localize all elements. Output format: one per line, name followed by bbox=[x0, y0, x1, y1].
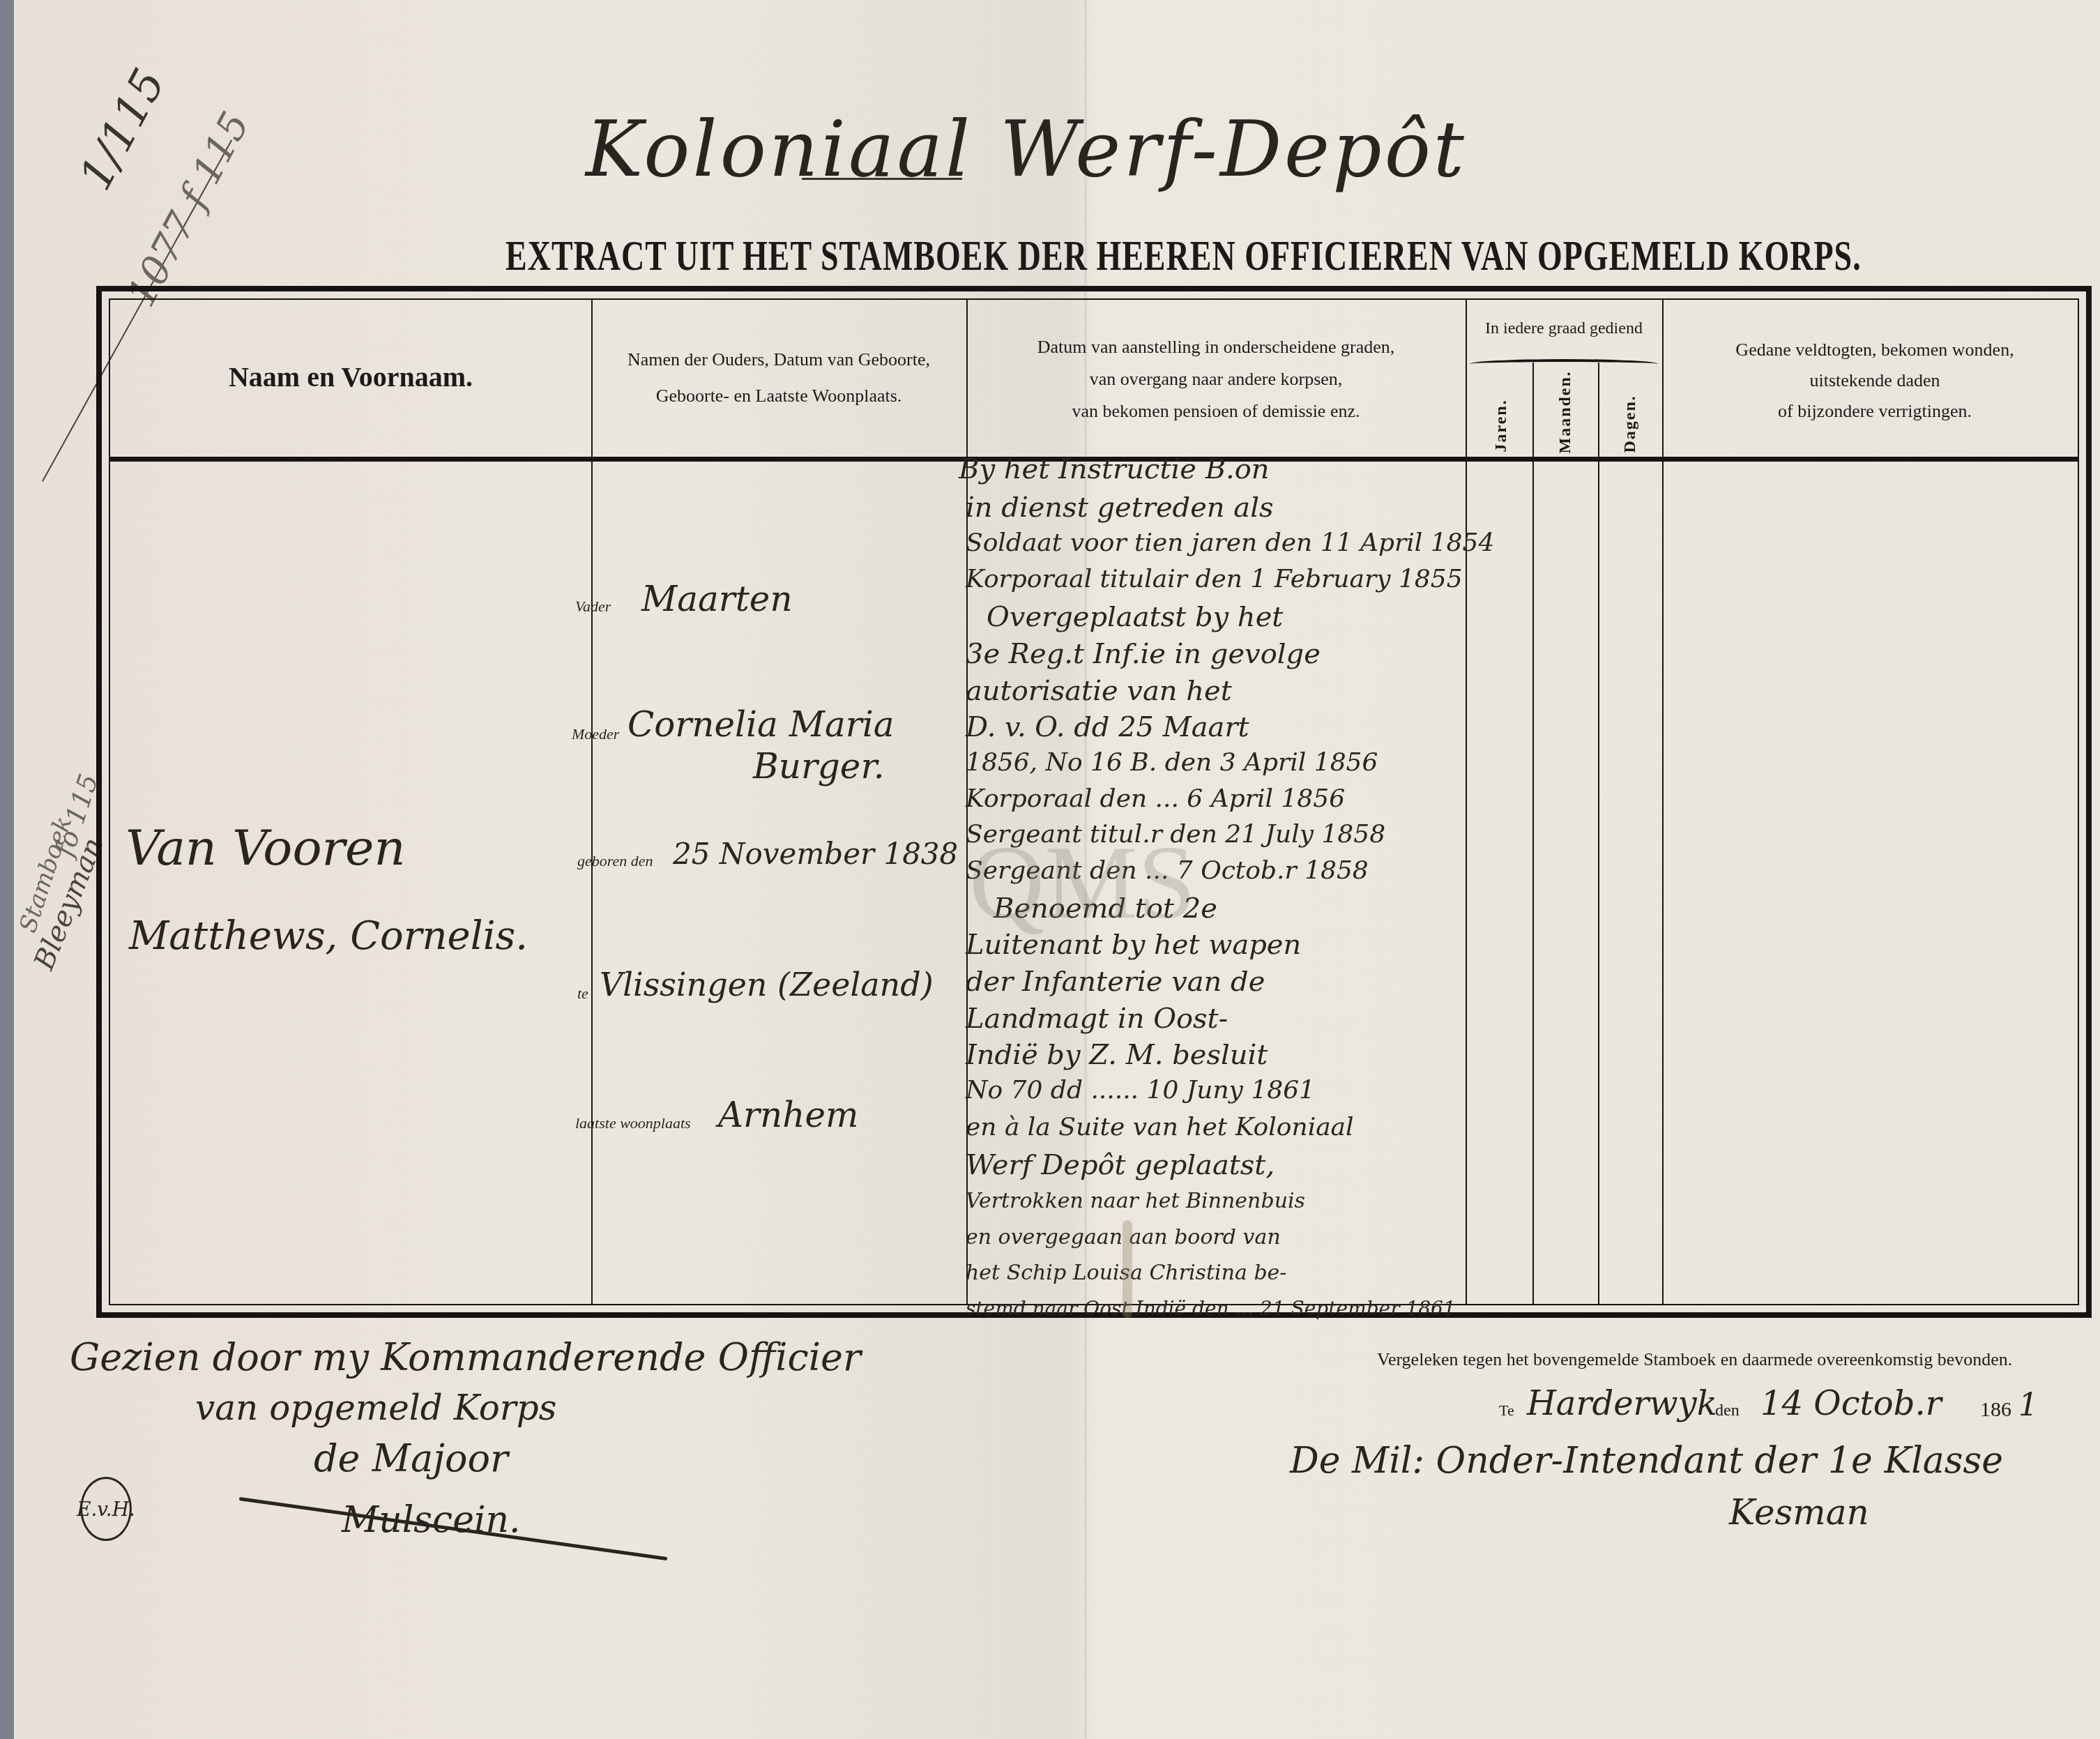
header-veldtogten-line3: of bijzondere verrigtingen. bbox=[1662, 396, 2087, 427]
label-te: te bbox=[577, 985, 588, 1003]
header-jaren: Jaren. bbox=[1492, 390, 1511, 453]
footer-left-line2: van opgemeld Korps bbox=[195, 1388, 556, 1428]
document-title: EXTRACT UIT HET STAMBOEK DER HEEREN OFFI… bbox=[505, 230, 1862, 280]
header-dagen: Dagen. bbox=[1621, 389, 1640, 453]
footer-year-prefix: 186 bbox=[1980, 1398, 2011, 1422]
header-veldtogten-line1: Gedane veldtogten, bekomen wonden, bbox=[1662, 335, 2087, 365]
corner-annotation-top: 1/115 bbox=[70, 61, 176, 199]
career-line: 3e Reg.t Inf.ie in gevolge bbox=[966, 638, 1321, 670]
career-line: der Infanterie van de bbox=[966, 966, 1265, 998]
entry-vader: Maarten bbox=[641, 579, 793, 619]
career-line: Overgeplaatst by het bbox=[987, 601, 1283, 633]
career-line: Korporaal titulair den 1 February 1855 bbox=[966, 565, 1463, 593]
column-divider bbox=[591, 300, 593, 1304]
column-divider bbox=[1466, 300, 1467, 1304]
career-line: Indië by Z. M. besluit bbox=[966, 1039, 1268, 1071]
career-line: Korporaal den ... 6 April 1856 bbox=[966, 784, 1345, 813]
footer-date: 14 Octob.r bbox=[1760, 1384, 1942, 1423]
header-script-title: Koloniaal Werf-Depôt bbox=[586, 105, 1467, 194]
footer-year-suffix: 1 bbox=[2018, 1388, 2038, 1423]
footer-verification-text: Vergeleken tegen het bovengemelde Stambo… bbox=[1377, 1349, 2012, 1370]
entry-moeder-line1: Cornelia Maria bbox=[627, 704, 894, 745]
header-aanstelling-line2: van overgang naar andere korpsen, bbox=[966, 363, 1466, 395]
column-divider bbox=[1598, 363, 1599, 1304]
career-line: 1856, No 16 B. den 3 April 1856 bbox=[966, 748, 1378, 777]
header-veldtogten: Gedane veldtogten, bekomen wonden, uitst… bbox=[1662, 335, 2087, 427]
career-line: By het Instructie B.on bbox=[959, 453, 1270, 485]
seal-monogram: E.v.H. bbox=[80, 1477, 132, 1541]
header-ouders-line1: Namen der Ouders, Datum van Geboorte, bbox=[591, 342, 966, 378]
header-service-group: In iedere graad gediend bbox=[1466, 310, 1662, 347]
paper-stain bbox=[1123, 1220, 1132, 1318]
footer-signer-title: De Mil: Onder-Intendant der 1e Klasse bbox=[1290, 1440, 2003, 1482]
document-paper: 1/115 1077 f 115 Koloniaal Werf-Depôt EX… bbox=[14, 0, 2100, 1739]
service-group-brace bbox=[1470, 359, 1658, 369]
career-line: Landmagt in Oost- bbox=[966, 1003, 1228, 1035]
entry-birthplace: Vlissingen (Zeeland) bbox=[600, 966, 934, 1003]
watermark: QMS bbox=[969, 823, 1196, 943]
column-divider bbox=[1662, 300, 1664, 1304]
header-ouders-line2: Geboorte- en Laatste Woonplaats. bbox=[591, 378, 966, 414]
footer-left-line3: de Majoor bbox=[314, 1436, 508, 1480]
career-line: autorisatie van het bbox=[966, 675, 1232, 707]
column-divider bbox=[1532, 363, 1534, 1304]
footer-te-label: Te bbox=[1499, 1402, 1514, 1420]
career-line: D. v. O. dd 25 Maart bbox=[966, 711, 1249, 743]
header-naam: Naam en Voornaam. bbox=[110, 359, 591, 395]
header-aanstelling: Datum van aanstelling in onderscheidene … bbox=[966, 331, 1466, 427]
footer-right-signature: Kesman bbox=[1729, 1492, 1869, 1533]
career-line: Soldaat voor tien jaren den 11 April 185… bbox=[966, 529, 1494, 557]
label-geboren: geboren den bbox=[577, 852, 653, 870]
entry-moeder-line2: Burger. bbox=[753, 746, 885, 787]
entry-geboren: 25 November 1838 bbox=[673, 837, 958, 871]
career-line: stemd naar Oost Indië den ... 21 Septemb… bbox=[966, 1297, 1456, 1320]
entry-given-names: Matthews, Cornelis. bbox=[129, 913, 528, 959]
footer-den-label: den bbox=[1715, 1402, 1740, 1420]
career-line: in dienst getreden als bbox=[966, 492, 1273, 524]
entry-woonplaats: Arnhem bbox=[718, 1095, 858, 1135]
career-line: No 70 dd ...... 10 Juny 1861 bbox=[966, 1076, 1315, 1104]
label-woonplaats: laatste woonplaats bbox=[575, 1114, 691, 1132]
header-ouders: Namen der Ouders, Datum van Geboorte, Ge… bbox=[591, 342, 966, 414]
footer-left-line1: Gezien door my Kommanderende Officier bbox=[70, 1335, 861, 1379]
label-vader: Vader bbox=[575, 598, 611, 616]
career-line: Vertrokken naar het Binnenbuis bbox=[966, 1189, 1305, 1213]
label-moeder: Moeder bbox=[572, 725, 619, 743]
career-line: Werf Depôt geplaatst, bbox=[966, 1149, 1275, 1181]
footer-place: Harderwyk bbox=[1527, 1384, 1717, 1423]
entry-surname: Van Vooren bbox=[125, 819, 406, 876]
career-line: en à la Suite van het Koloniaal bbox=[966, 1113, 1354, 1141]
header-aanstelling-line1: Datum van aanstelling in onderscheidene … bbox=[966, 331, 1466, 363]
header-maanden: Maanden. bbox=[1556, 388, 1575, 454]
header-veldtogten-line2: uitstekende daden bbox=[1662, 365, 2087, 396]
header-aanstelling-line3: van bekomen pensioen of demissie enz. bbox=[966, 395, 1466, 427]
header-ornament bbox=[802, 178, 962, 184]
